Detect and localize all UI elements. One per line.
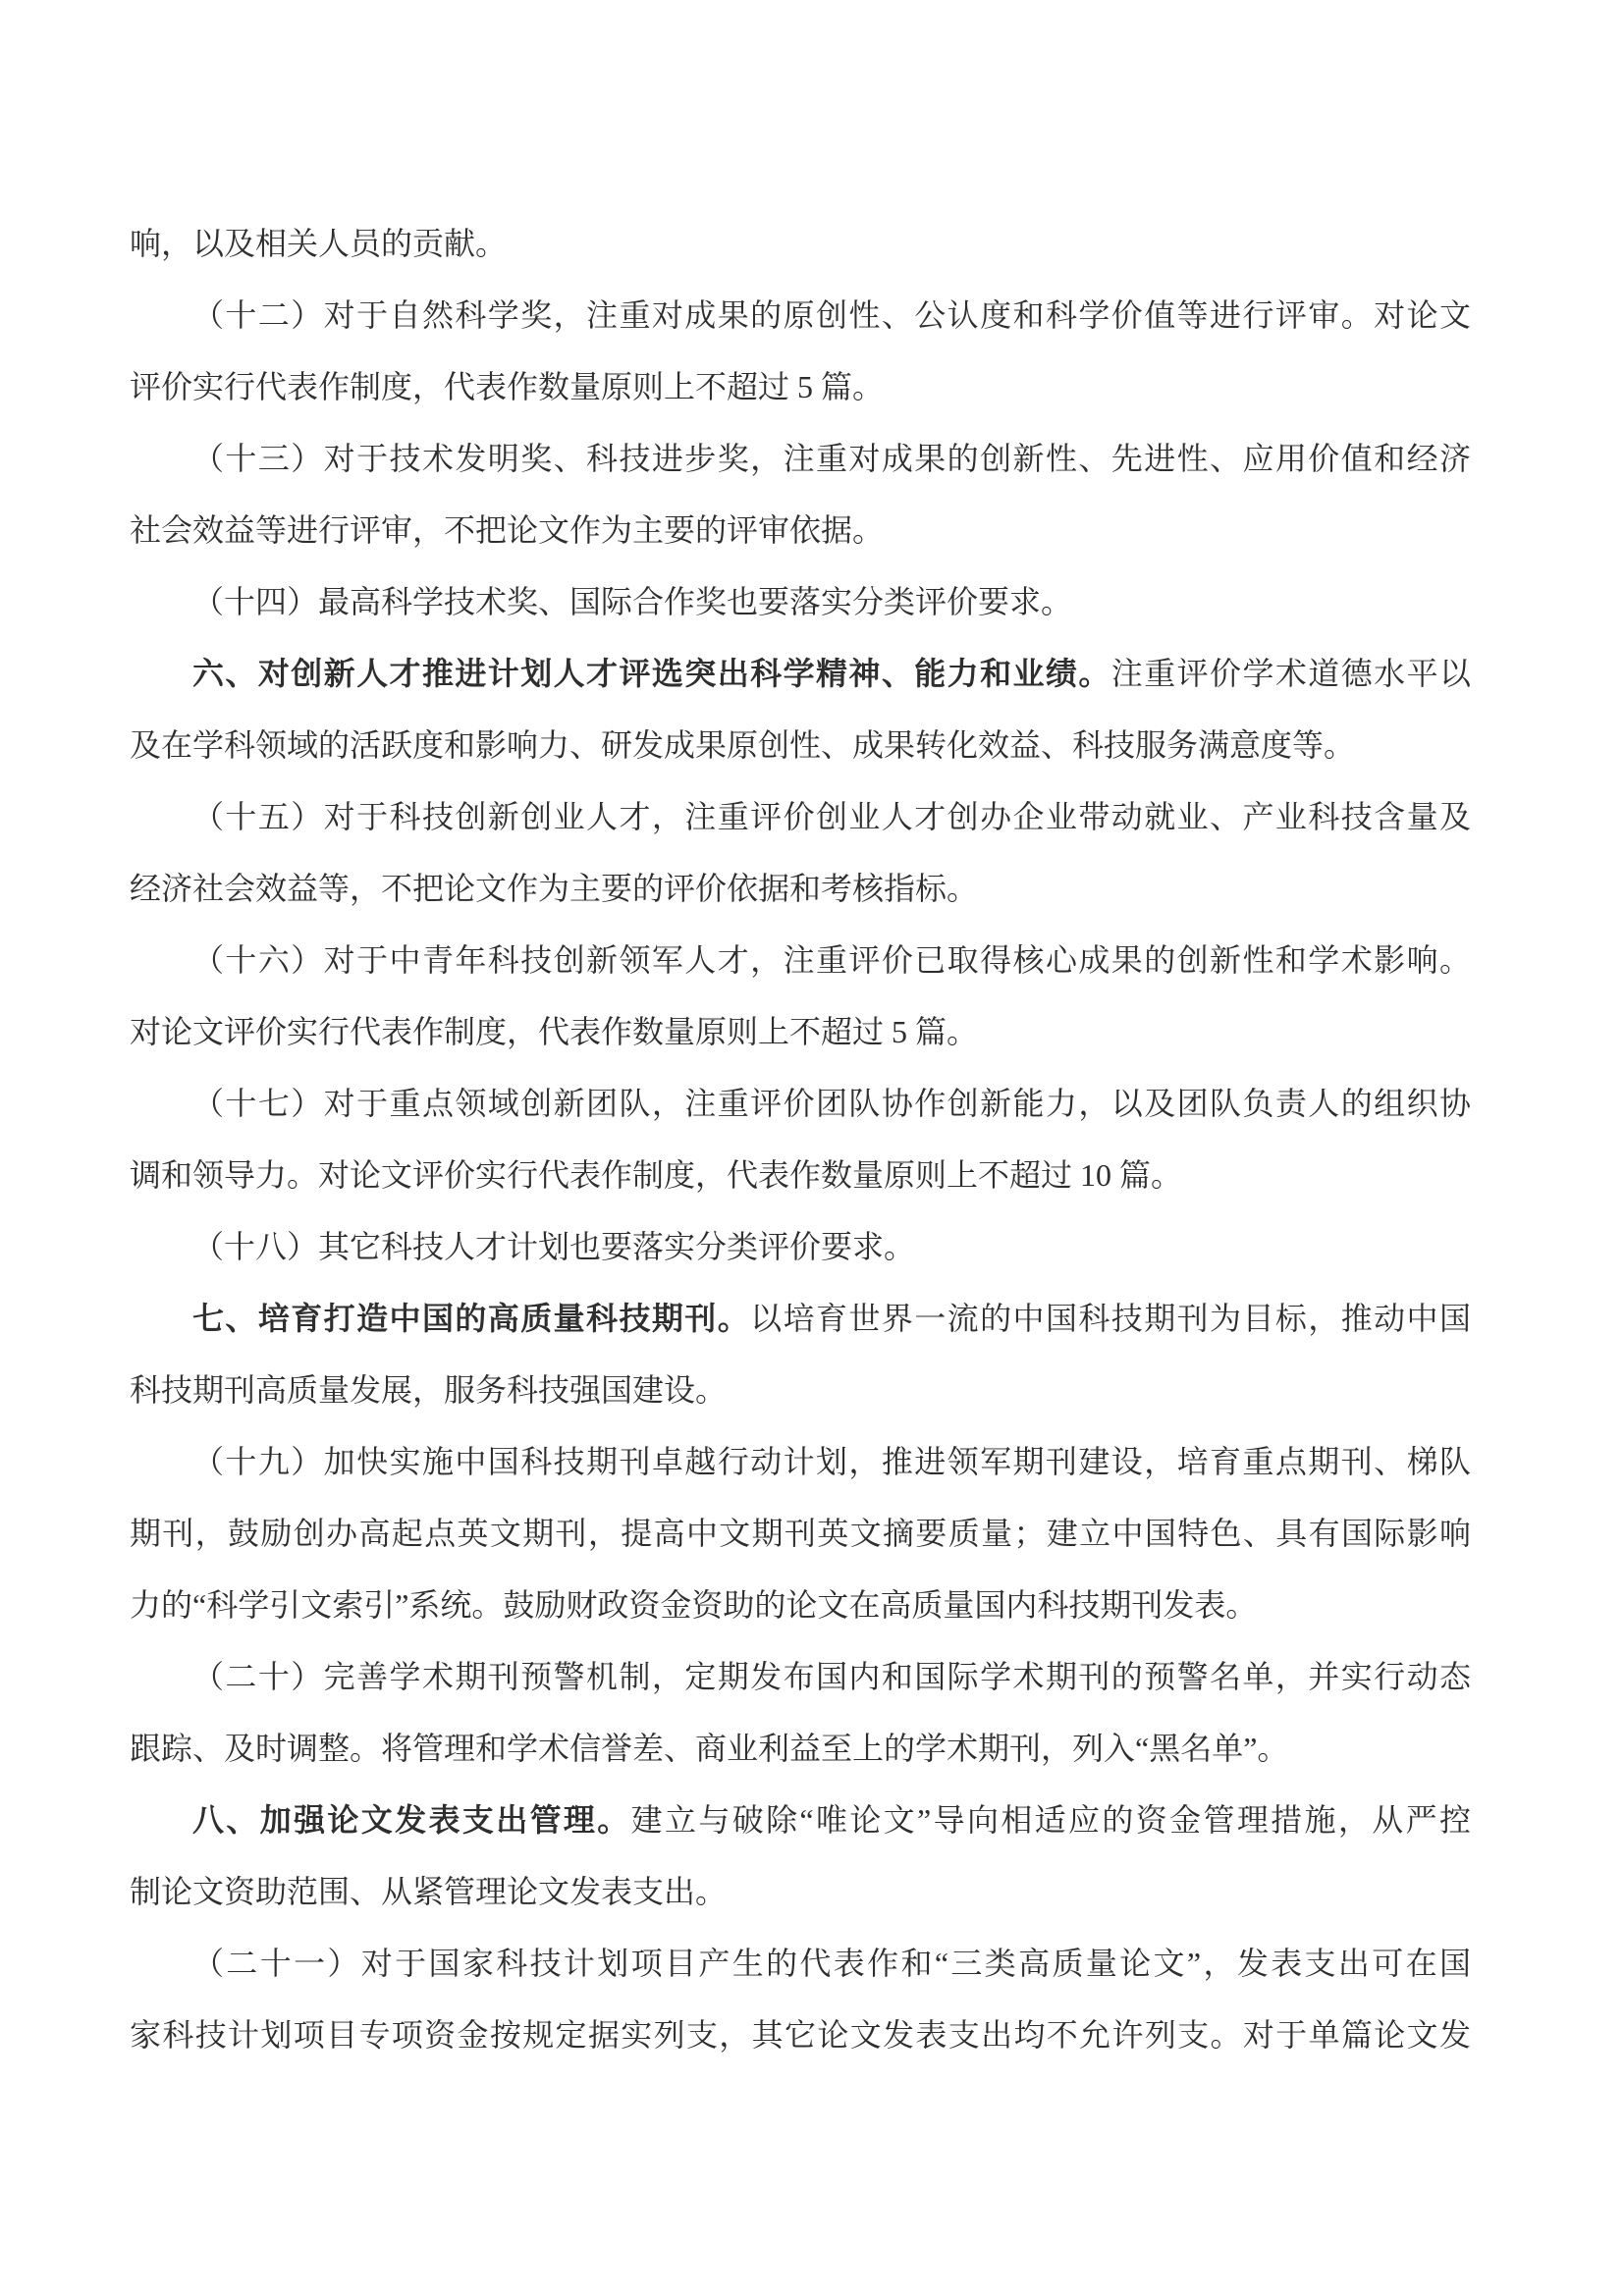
body-text: 科技期刊高质量发展，服务科技强国建设。 (130, 1372, 727, 1408)
document-line: 跟踪、及时调整。将管理和学术信誉差、商业利益至上的学术期刊，列入“黑名单”。 (130, 1713, 1471, 1785)
body-text: （十九）加快实施中国科技期刊卓越行动计划，推进领军期刊建设，培育重点期刊、梯队 (192, 1444, 1471, 1479)
body-text: 家科技计划项目专项资金按规定据实列支，其它论文发表支出均不允许列支。对于单篇论文… (130, 2017, 1471, 2053)
body-text: 响，以及相关人员的贡献。 (130, 226, 507, 261)
body-text: （十五）对于科技创新创业人才，注重评价创业人才创办企业带动就业、产业科技含量及 (192, 799, 1471, 834)
document-line: 评价实行代表作制度，代表作数量原则上不超过 5 篇。 (130, 351, 1471, 423)
document-line: 六、对创新人才推进计划人才评选突出科学精神、能力和业绩。注重评价学术道德水平以 (130, 638, 1471, 710)
document-line: 对论文评价实行代表作制度，代表作数量原则上不超过 5 篇。 (130, 996, 1471, 1068)
document-line: 力的“科学引文索引”系统。鼓励财政资金资助的论文在高质量国内科技期刊发表。 (130, 1570, 1471, 1641)
document-line: （十九）加快实施中国科技期刊卓越行动计划，推进领军期刊建设，培育重点期刊、梯队 (130, 1426, 1471, 1498)
document-line: 经济社会效益等，不把论文作为主要的评价依据和考核指标。 (130, 853, 1471, 925)
body-text: （十八）其它科技人才计划也要落实分类评价要求。 (192, 1229, 915, 1264)
body-text: 以培育世界一流的中国科技期刊为目标，推动中国 (750, 1301, 1471, 1336)
document-line: 家科技计划项目专项资金按规定据实列支，其它论文发表支出均不允许列支。对于单篇论文… (130, 2000, 1471, 2071)
section-heading-text: 八、加强论文发表支出管理。 (192, 1802, 631, 1838)
body-text: 对论文评价实行代表作制度，代表作数量原则上不超过 5 篇。 (130, 1014, 978, 1049)
body-text: （十二）对于自然科学奖，注重对成果的原创性、公认度和科学价值等进行评审。对论文 (192, 297, 1471, 333)
body-text: 力的“科学引文索引”系统。鼓励财政资金资助的论文在高质量国内科技期刊发表。 (130, 1587, 1257, 1623)
document-line: 响，以及相关人员的贡献。 (130, 208, 1471, 280)
document-line: （十二）对于自然科学奖，注重对成果的原创性、公认度和科学价值等进行评审。对论文 (130, 280, 1471, 351)
document-line: （十七）对于重点领域创新团队，注重评价团队协作创新能力，以及团队负责人的组织协 (130, 1068, 1471, 1140)
body-text: 调和领导力。对论文评价实行代表作制度，代表作数量原则上不超过 10 篇。 (130, 1157, 1182, 1193)
section-heading-text: 六、对创新人才推进计划人才评选突出科学精神、能力和业绩。 (192, 656, 1111, 691)
body-text: （十三）对于技术发明奖、科技进步奖，注重对成果的创新性、先进性、应用价值和经济 (192, 441, 1471, 476)
document-line: 及在学科领域的活跃度和影响力、研发成果原创性、成果转化效益、科技服务满意度等。 (130, 710, 1471, 781)
body-text: 社会效益等进行评审，不把论文作为主要的评审依据。 (130, 512, 884, 548)
document-line: 调和领导力。对论文评价实行代表作制度，代表作数量原则上不超过 10 篇。 (130, 1140, 1471, 1211)
document-line: 期刊，鼓励创办高起点英文期刊，提高中文期刊英文摘要质量；建立中国特色、具有国际影… (130, 1498, 1471, 1570)
body-text: 评价实行代表作制度，代表作数量原则上不超过 5 篇。 (130, 369, 884, 404)
document-body: 响，以及相关人员的贡献。（十二）对于自然科学奖，注重对成果的原创性、公认度和科学… (130, 208, 1471, 2071)
document-line: 制论文资助范围、从紧管理论文发表支出。 (130, 1856, 1471, 1928)
body-text: （十六）对于中青年科技创新领军人才，注重评价已取得核心成果的创新性和学术影响。 (192, 942, 1471, 978)
body-text: 注重评价学术道德水平以 (1111, 656, 1471, 691)
body-text: 经济社会效益等，不把论文作为主要的评价依据和考核指标。 (130, 871, 978, 906)
body-text: 跟踪、及时调整。将管理和学术信誉差、商业利益至上的学术期刊，列入“黑名单”。 (130, 1731, 1288, 1766)
document-line: （二十）完善学术期刊预警机制，定期发布国内和国际学术期刊的预警名单，并实行动态 (130, 1641, 1471, 1713)
document-line: （十五）对于科技创新创业人才，注重评价创业人才创办企业带动就业、产业科技含量及 (130, 781, 1471, 853)
body-text: （二十）完善学术期刊预警机制，定期发布国内和国际学术期刊的预警名单，并实行动态 (192, 1659, 1471, 1694)
section-heading-text: 七、培育打造中国的高质量科技期刊。 (192, 1301, 750, 1336)
document-line: 科技期刊高质量发展，服务科技强国建设。 (130, 1355, 1471, 1426)
body-text: 及在学科领域的活跃度和影响力、研发成果原创性、成果转化效益、科技服务满意度等。 (130, 727, 1355, 763)
body-text: （十七）对于重点领域创新团队，注重评价团队协作创新能力，以及团队负责人的组织协 (192, 1086, 1471, 1121)
body-text: 期刊，鼓励创办高起点英文期刊，提高中文期刊英文摘要质量；建立中国特色、具有国际影… (130, 1516, 1471, 1551)
document-line: （十八）其它科技人才计划也要落实分类评价要求。 (130, 1211, 1471, 1283)
document-line: 社会效益等进行评审，不把论文作为主要的评审依据。 (130, 495, 1471, 566)
body-text: （二十一）对于国家科技计划项目产生的代表作和“三类高质量论文”，发表支出可在国 (192, 1946, 1471, 1981)
document-line: 七、培育打造中国的高质量科技期刊。以培育世界一流的中国科技期刊为目标，推动中国 (130, 1283, 1471, 1355)
body-text: （十四）最高科学技术奖、国际合作奖也要落实分类评价要求。 (192, 584, 1072, 619)
document-line: （十六）对于中青年科技创新领军人才，注重评价已取得核心成果的创新性和学术影响。 (130, 925, 1471, 996)
document-line: （十三）对于技术发明奖、科技进步奖，注重对成果的创新性、先进性、应用价值和经济 (130, 423, 1471, 495)
document-line: （十四）最高科学技术奖、国际合作奖也要落实分类评价要求。 (130, 566, 1471, 638)
document-line: 八、加强论文发表支出管理。建立与破除“唯论文”导向相适应的资金管理措施，从严控 (130, 1785, 1471, 1856)
document-line: （二十一）对于国家科技计划项目产生的代表作和“三类高质量论文”，发表支出可在国 (130, 1928, 1471, 2000)
document-page: 响，以及相关人员的贡献。（十二）对于自然科学奖，注重对成果的原创性、公认度和科学… (0, 0, 1624, 2296)
body-text: 制论文资助范围、从紧管理论文发表支出。 (130, 1874, 727, 1909)
body-text: 建立与破除“唯论文”导向相适应的资金管理措施，从严控 (631, 1802, 1471, 1838)
